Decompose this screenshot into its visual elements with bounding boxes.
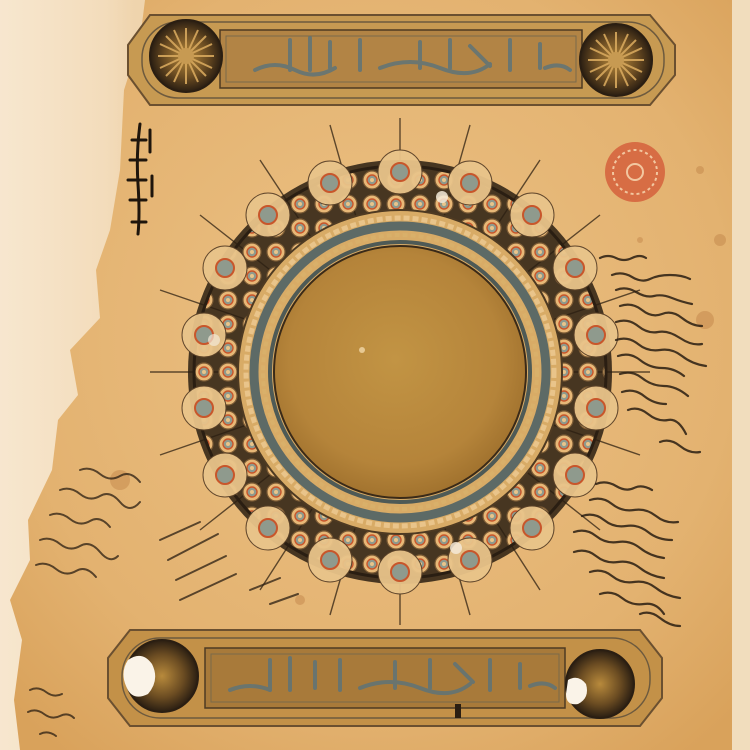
bottom-cartouche xyxy=(108,630,662,726)
seal-stamp xyxy=(605,142,665,202)
manuscript-leaf xyxy=(0,0,750,750)
central-medallion xyxy=(182,150,618,594)
top-cartouche xyxy=(128,15,675,105)
manuscript-photo: Top calligraphic cartouche with rosettes… xyxy=(0,0,750,750)
